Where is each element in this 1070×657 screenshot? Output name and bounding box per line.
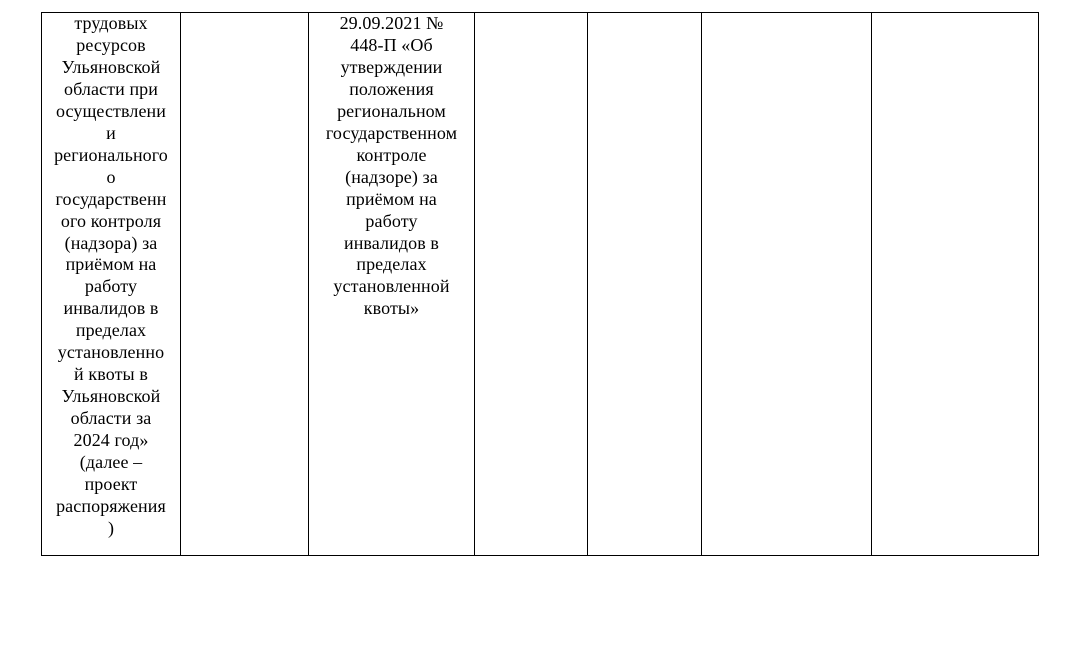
text-line: трудовых [42, 13, 180, 35]
text-line: области за [42, 408, 180, 430]
text-line: (далее – [42, 452, 180, 474]
table-cell-empty [475, 13, 588, 556]
text-line: (надзоре) за [309, 167, 474, 189]
text-line: государственн [42, 189, 180, 211]
text-line: ) [42, 518, 180, 540]
text-line: контроле [309, 145, 474, 167]
text-line: инвалидов в [42, 298, 180, 320]
table-cell-regulation: 29.09.2021 №448-П «Обутвержденииположени… [309, 13, 475, 556]
text-line: государственном [309, 123, 474, 145]
text-line: осуществлени [42, 101, 180, 123]
text-line: установленной [309, 276, 474, 298]
text-line: распоряжения [42, 496, 180, 518]
table-row: трудовыхресурсовУльяновскойобласти приос… [42, 13, 1039, 556]
table-cell-empty [702, 13, 872, 556]
cell-text: трудовыхресурсовУльяновскойобласти приос… [42, 13, 180, 540]
text-line: 448-П «Об [309, 35, 474, 57]
text-line: (надзора) за [42, 233, 180, 255]
text-line: и [42, 123, 180, 145]
text-line: Ульяновской [42, 57, 180, 79]
text-line: о [42, 167, 180, 189]
text-line: Ульяновской [42, 386, 180, 408]
text-line: 2024 год» [42, 430, 180, 452]
text-line: й квоты в [42, 364, 180, 386]
table-cell-empty [181, 13, 309, 556]
text-line: регионального [42, 145, 180, 167]
text-line: проект [42, 474, 180, 496]
text-line: инвалидов в [309, 233, 474, 255]
text-line: пределах [309, 254, 474, 276]
text-line: квоты» [309, 298, 474, 320]
text-line: области при [42, 79, 180, 101]
table-cell-subject: трудовыхресурсовУльяновскойобласти приос… [42, 13, 181, 556]
text-line: ого контроля [42, 211, 180, 233]
text-line: установленно [42, 342, 180, 364]
cell-text: 29.09.2021 №448-П «Обутвержденииположени… [309, 13, 474, 320]
table-cell-empty [588, 13, 702, 556]
text-line: приёмом на [309, 189, 474, 211]
text-line: приёмом на [42, 254, 180, 276]
table-cell-empty [872, 13, 1039, 556]
text-line: пределах [42, 320, 180, 342]
text-line: утверждении [309, 57, 474, 79]
document-table: трудовыхресурсовУльяновскойобласти приос… [41, 12, 1039, 556]
text-line: региональном [309, 101, 474, 123]
text-line: положения [309, 79, 474, 101]
text-line: ресурсов [42, 35, 180, 57]
text-line: 29.09.2021 № [309, 13, 474, 35]
text-line: работу [42, 276, 180, 298]
text-line: работу [309, 211, 474, 233]
